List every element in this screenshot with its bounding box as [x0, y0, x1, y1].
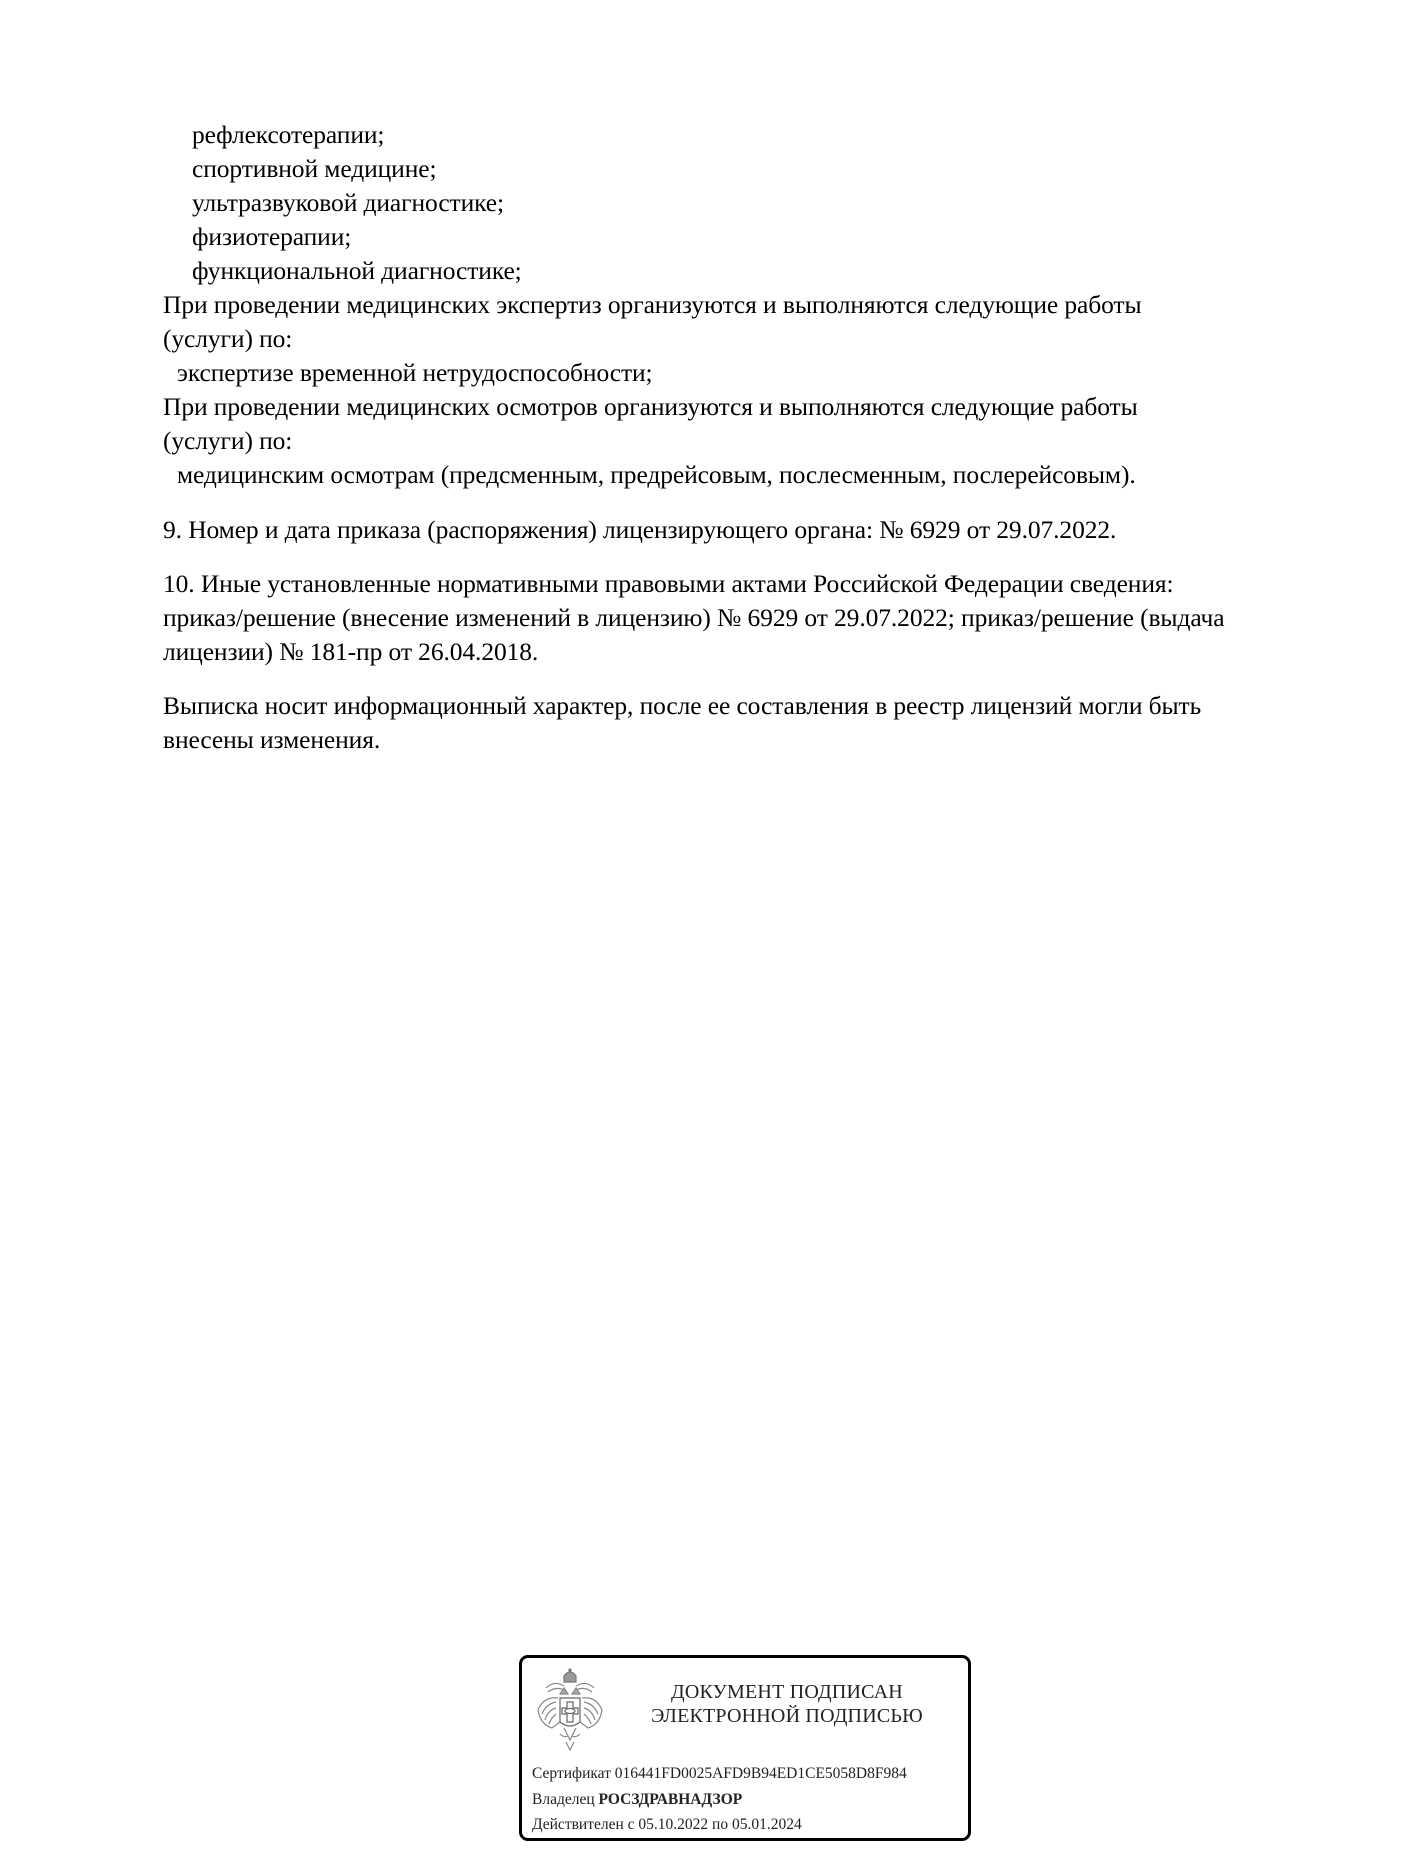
- list-item: ультразвуковой диагностике;: [163, 186, 1343, 220]
- certificate-row: Сертификат 016441FD0025AFD9B94ED1CE5058D…: [532, 1764, 907, 1784]
- exam-item: медицинским осмотрам (предсменным, предр…: [163, 458, 1343, 492]
- exam-intro-cont: (услуги) по:: [163, 424, 1343, 458]
- electronic-signature-stamp: ДОКУМЕНТ ПОДПИСАН ЭЛЕКТРОННОЙ ПОДПИСЬЮ С…: [519, 1655, 971, 1841]
- validity-row: Действителен с 05.10.2022 по 05.01.2024: [532, 1815, 802, 1835]
- owner-label: Владелец: [532, 1791, 595, 1808]
- expertise-item: экспертизе временной нетрудоспособности;: [163, 356, 1343, 390]
- coat-of-arms-icon: [534, 1666, 606, 1754]
- section-9: 9. Номер и дата приказа (распоряжения) л…: [163, 513, 1343, 547]
- owner-value: РОСЗДРАВНАДЗОР: [599, 1791, 743, 1808]
- section-10-line: 10. Иные установленные нормативными прав…: [163, 567, 1343, 601]
- list-item: спортивной медицине;: [163, 152, 1343, 186]
- document-body: рефлексотерапии; спортивной медицине; ул…: [163, 118, 1343, 757]
- certificate-label: Сертификат: [532, 1765, 611, 1782]
- owner-row: Владелец РОСЗДРАВНАДЗОР: [532, 1790, 742, 1810]
- exam-intro: При проведении медицинских осмотров орга…: [163, 390, 1343, 424]
- stamp-title-line2: ЭЛЕКТРОННОЙ ПОДПИСЬЮ: [622, 1704, 952, 1728]
- stamp-title: ДОКУМЕНТ ПОДПИСАН ЭЛЕКТРОННОЙ ПОДПИСЬЮ: [622, 1680, 952, 1728]
- disclaimer-line: Выписка носит информационный характер, п…: [163, 689, 1343, 723]
- section-10-line: лицензии) № 181-пр от 26.04.2018.: [163, 635, 1343, 669]
- list-item: рефлексотерапии;: [163, 118, 1343, 152]
- disclaimer-line: внесены изменения.: [163, 723, 1343, 757]
- stamp-title-line1: ДОКУМЕНТ ПОДПИСАН: [622, 1680, 952, 1704]
- list-item: функциональной диагностике;: [163, 254, 1343, 288]
- certificate-value: 016441FD0025AFD9B94ED1CE5058D8F984: [615, 1765, 907, 1782]
- section-10-line: приказ/решение (внесение изменений в лиц…: [163, 601, 1343, 635]
- list-item: физиотерапии;: [163, 220, 1343, 254]
- expertise-intro-cont: (услуги) по:: [163, 322, 1343, 356]
- expertise-intro: При проведении медицинских экспертиз орг…: [163, 288, 1343, 322]
